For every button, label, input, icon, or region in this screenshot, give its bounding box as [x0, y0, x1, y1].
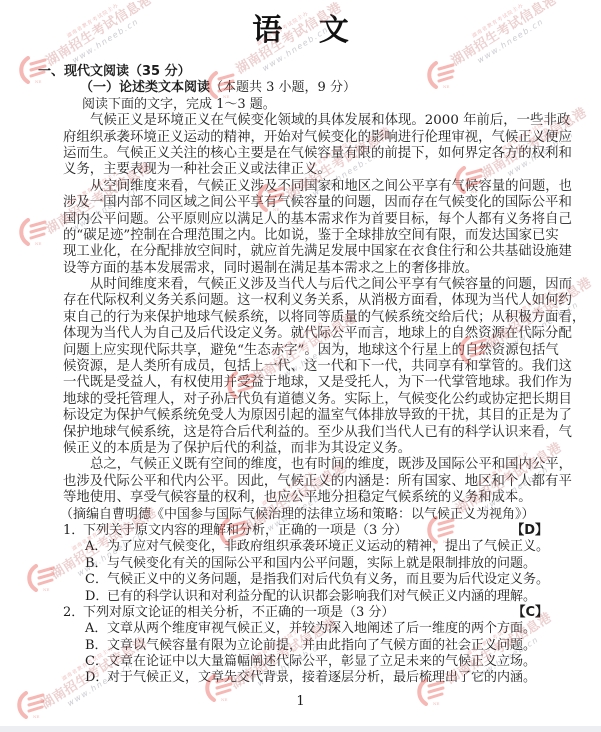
question-1-option-d: D．已有的科学认识和对利益分配的认识都会影响我们对气候正义内涵的理解。 — [0, 589, 601, 605]
question-text: 下列对原文论证的相关分析，不正确的一项是（3 分） — [83, 605, 394, 620]
option-label: A． — [85, 539, 107, 555]
option-text: 对于气候正义，文章先交代背景，接着逐层分析，最后梳理出了它的内涵。 — [107, 670, 536, 685]
passage-line: 候正义的本质是为了保护后代的利益，而非为其设定义务。 — [63, 441, 548, 457]
passage-line: 气候正义是环境正义在气候变化领域的具体发展和体现。2000 年前后，一些非政 — [63, 113, 548, 129]
reading-instruction: 阅读下面的文字，完成 1～3 题。 — [0, 97, 601, 113]
option-text: 文章从两个维度审视气候正义，并较为深入地阐述了后一维度的两个方面。 — [107, 621, 536, 636]
passage-line: 体现为当代人为自己及后代设定义务。就代际公平而言，地球上的自然资源在代际分配 — [63, 326, 548, 342]
option-label: B． — [85, 638, 107, 654]
question-text: 下列关于原文内容的理解和分析，正确的一项是（3 分） — [83, 523, 407, 538]
document-title: 语 文 — [0, 14, 601, 48]
passage-line: 从空间维度来看，气候正义涉及不同国家和地区之间公平享有气候容量的问题，也 — [63, 179, 548, 195]
option-text: 已有的科学认识和对利益分配的认识都会影响我们对气候正义内涵的理解。 — [107, 589, 536, 604]
option-label: A． — [85, 621, 107, 637]
question-1-option-b: B．与气候变化有关的国际公平和国内公平问题，实际上就是限制排放的问题。 — [0, 556, 601, 572]
subsection-header: （一）论述类文本阅读（本题共 3 小题，9 分） — [0, 80, 601, 96]
subsection-label: （一）论述类文本阅读 — [80, 80, 210, 95]
option-label: B． — [85, 556, 107, 572]
answer-badge: 【D】 — [511, 523, 548, 539]
passage-source: （摘编自曹明德《中国参与国际气候治理的法律立场和策略：以气候正义为视角》） — [0, 507, 601, 523]
passage-line: 标设定为保护气候系统免受人为原因引起的温室气体排放导致的干扰，其目的正是为了 — [63, 408, 548, 424]
question-2-option-b: B．文章以气候容量有限为立论前提，并由此指向了气候方面的社会正义问题。 — [0, 638, 601, 654]
page-number: 1 — [0, 694, 601, 710]
passage-line: 从时间维度来看，气候正义涉及当代人与后代之间公平享有气候容量的问题，因而 — [63, 277, 548, 293]
question-number: 2． — [63, 605, 83, 621]
passage-line: 束自己的行为来保护地球气候系统，以将同等质量的气候系统交给后代；从积极方面看， — [63, 310, 548, 326]
option-text: 气候正义中的义务问题，是指我们对后代负有义务，而且要为后代设定义务。 — [107, 572, 549, 587]
passage-line: 运而生。气候正义关注的核心主要是在气候容量有限的前提下，如何界定各方的权利和 — [63, 146, 548, 162]
passage-line: 问题上应实现代际共享，避免“生态赤字”。因为，地球这个行星上的自然资源包括气 — [63, 343, 548, 359]
passage-line: 保护地球气候系统，这是符合后代利益的。至少从我们当代人已有的科学认识来看，气 — [63, 425, 548, 441]
passage-line: 府组织承袭环境正义运动的精神，开始对气候变化的影响进行伦理审视，气候正义便应 — [63, 130, 548, 146]
watermark-logo-text: NE — [33, 714, 40, 719]
question-1-option-c: C．气候正义中的义务问题，是指我们对后代负有义务，而且要为后代设定义务。 — [0, 572, 601, 588]
section-header: 一、现代文阅读（35 分） — [0, 64, 601, 80]
question-1-option-a: A．为了应对气候变化，非政府组织承袭环境正义运动的精神，提出了气候正义。 — [0, 539, 601, 555]
passage-line: 总之，气候正义既有空间的维度，也有时间的维度，既涉及国际公平和国内公平， — [63, 457, 548, 473]
question-1-stem: 1．下列关于原文内容的理解和分析，正确的一项是（3 分） 【D】 — [0, 523, 601, 539]
exam-content: 一、现代文阅读（35 分） （一）论述类文本阅读（本题共 3 小题，9 分） 阅… — [0, 64, 601, 687]
answer-badge: 【C】 — [512, 605, 548, 621]
option-label: C． — [85, 654, 107, 670]
option-label: D． — [85, 670, 107, 686]
passage-line: 现工业化，在分配排放空间时，就应首先满足发展中国家在衣食住行和公共基础设施建 — [63, 244, 548, 260]
option-label: D． — [85, 589, 107, 605]
question-2-option-d: D．对于气候正义，文章先交代背景，接着逐层分析，最后梳理出了它的内涵。 — [0, 670, 601, 686]
passage-line: 设等方面的基本发展需求，同时遏制在满足基本需求之上的奢侈排放。 — [63, 261, 548, 277]
passage-line: 也涉及代际公平和代内公平。因此，气候正义的内涵是：所有国家、地区和个人都有平 — [63, 474, 548, 490]
passage-line: 涉及一国内部不同区域之间公平享有气候容量的问题，因而存在气候变化的国际公平和 — [63, 195, 548, 211]
option-text: 与气候变化有关的国际公平和国内公平问题，实际上就是限制排放的问题。 — [107, 556, 536, 571]
option-text: 为了应对气候变化，非政府组织承袭环境正义运动的精神，提出了气候正义。 — [107, 539, 549, 554]
question-2-option-a: A．文章从两个维度审视气候正义，并较为深入地阐述了后一维度的两个方面。 — [0, 621, 601, 637]
option-text: 文章以气候容量有限为立论前提，并由此指向了气候方面的社会正义问题。 — [107, 638, 536, 653]
option-label: C． — [85, 572, 107, 588]
passage-line: 国内公平问题。公平原则应以满足人的基本需求作为首要目标，每个人都有义务将自己 — [63, 212, 548, 228]
option-text: 文章在论证中以大量篇幅阐述代际公平，彰显了立足未来的气候正义立场。 — [107, 654, 536, 669]
question-number: 1． — [63, 523, 83, 539]
passage-line: 存在代际权利义务关系问题。这一权利义务关系，从消极方面看，体现为当代人如何约 — [63, 293, 548, 309]
passage-line: 义务，主要表现为一种社会正义或法律正义。 — [63, 162, 548, 178]
passage-line: 一代既是受益人，有权使用并受益于地球，又是受托人，为下一代掌管地球。我们作为 — [63, 375, 548, 391]
page-bottom-edge — [0, 726, 601, 732]
passage-line: 地球的受托管理人，对子孙后代负有道德义务。实际上，气候变化公约或协定把长期目 — [63, 392, 548, 408]
passage-line: 候资源，是人类所有成员，包括上一代、这一代和下一代，共同享有和掌管的。我们这 — [63, 359, 548, 375]
subsection-note: （本题共 3 小题，9 分） — [210, 80, 356, 95]
question-2-option-c: C．文章在论证中以大量篇幅阐述代际公平，彰显了立足未来的气候正义立场。 — [0, 654, 601, 670]
passage-line: 等地使用、享受气候容量的权利，也应公平地分担稳定气候系统的义务和成本。 — [63, 490, 548, 506]
question-2-stem: 2．下列对原文论证的相关分析，不正确的一项是（3 分） 【C】 — [0, 605, 601, 621]
passage-line: 的“碳足迹”控制在合理范围之内。比如说，鉴于全球排放空间有限，而发达国家已实 — [63, 228, 548, 244]
